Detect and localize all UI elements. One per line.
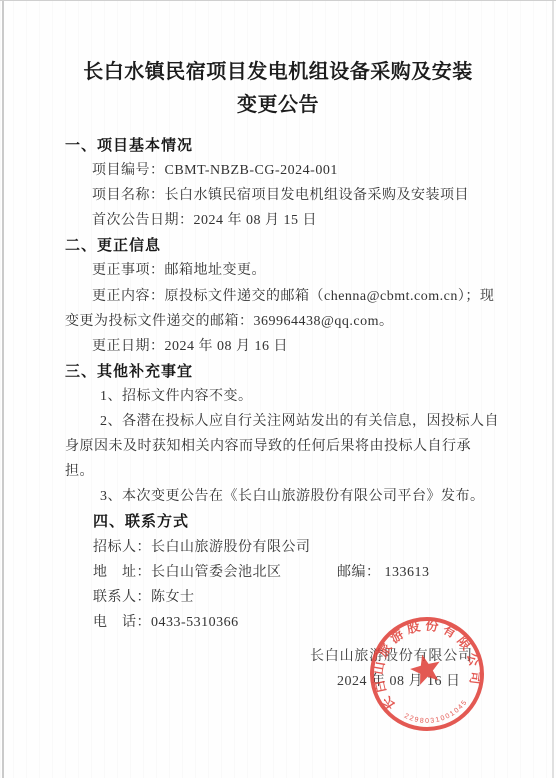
- seal-star-icon: [407, 651, 443, 686]
- document-body: 一、项目基本情况 项目编号：CBMT-NBZB-CG-2024-001 项目名称…: [65, 133, 505, 635]
- document-title-line2: 变更公告: [40, 89, 516, 122]
- section-contact-heading: 四、联系方式: [65, 509, 505, 534]
- section-other-matters-heading: 三、其他补充事宜: [65, 359, 505, 384]
- address-text: 地 址：长白山管委会池北区: [93, 565, 282, 580]
- project-name-line: 项目名称：长白水镇民宿项目发电机组设备采购及安装项目: [65, 183, 505, 208]
- other-matters-item-1: 1、招标文件内容不变。: [65, 384, 505, 409]
- correction-content-line-2: 变更为投标文件递交的邮箱：369964438@qq.com。: [65, 309, 505, 334]
- correction-content-line-1: 更正内容：原投标文件递交的邮箱（chenna@cbmt.com.cn）；现: [65, 284, 505, 309]
- other-matters-item-2-line-1: 2、各潜在投标人应自行关注网站发出的有关信息，因投标人自: [65, 409, 505, 434]
- other-matters-item-2-line-2: 身原因未及时获知相关内容而导致的任何后果将由投标人自行承: [65, 434, 505, 459]
- correction-item-line: 更正事项：邮箱地址变更。: [65, 258, 505, 283]
- section-basic-info-heading: 一、项目基本情况: [65, 133, 505, 158]
- correction-date-line: 更正日期：2024 年 08 月 16 日: [65, 334, 505, 359]
- first-announcement-date-line: 首次公告日期：2024 年 08 月 15 日: [65, 208, 505, 233]
- document-title: 长白水镇民宿项目发电机组设备采购及安装 变更公告: [40, 56, 516, 122]
- bidder-line: 招标人：长白山旅游股份有限公司: [65, 535, 505, 560]
- section-correction-heading: 二、更正信息: [65, 233, 505, 258]
- document-title-line1: 长白水镇民宿项目发电机组设备采购及安装: [40, 56, 516, 89]
- scan-edge-left: [2, 1, 4, 778]
- scan-edge-right: [552, 1, 554, 778]
- project-number-line: 项目编号：CBMT-NBZB-CG-2024-001: [65, 158, 505, 183]
- postcode-text: 邮编： 133613: [337, 560, 430, 585]
- address-line: 地 址：长白山管委会池北区 邮编： 133613: [65, 560, 505, 585]
- other-matters-item-2-line-3: 担。: [65, 459, 505, 484]
- other-matters-item-3: 3、本次变更公告在《长白山旅游股份有限公司平台》发布。: [65, 484, 505, 509]
- document-page: 长白水镇民宿项目发电机组设备采购及安装 变更公告 一、项目基本情况 项目编号：C…: [0, 0, 556, 778]
